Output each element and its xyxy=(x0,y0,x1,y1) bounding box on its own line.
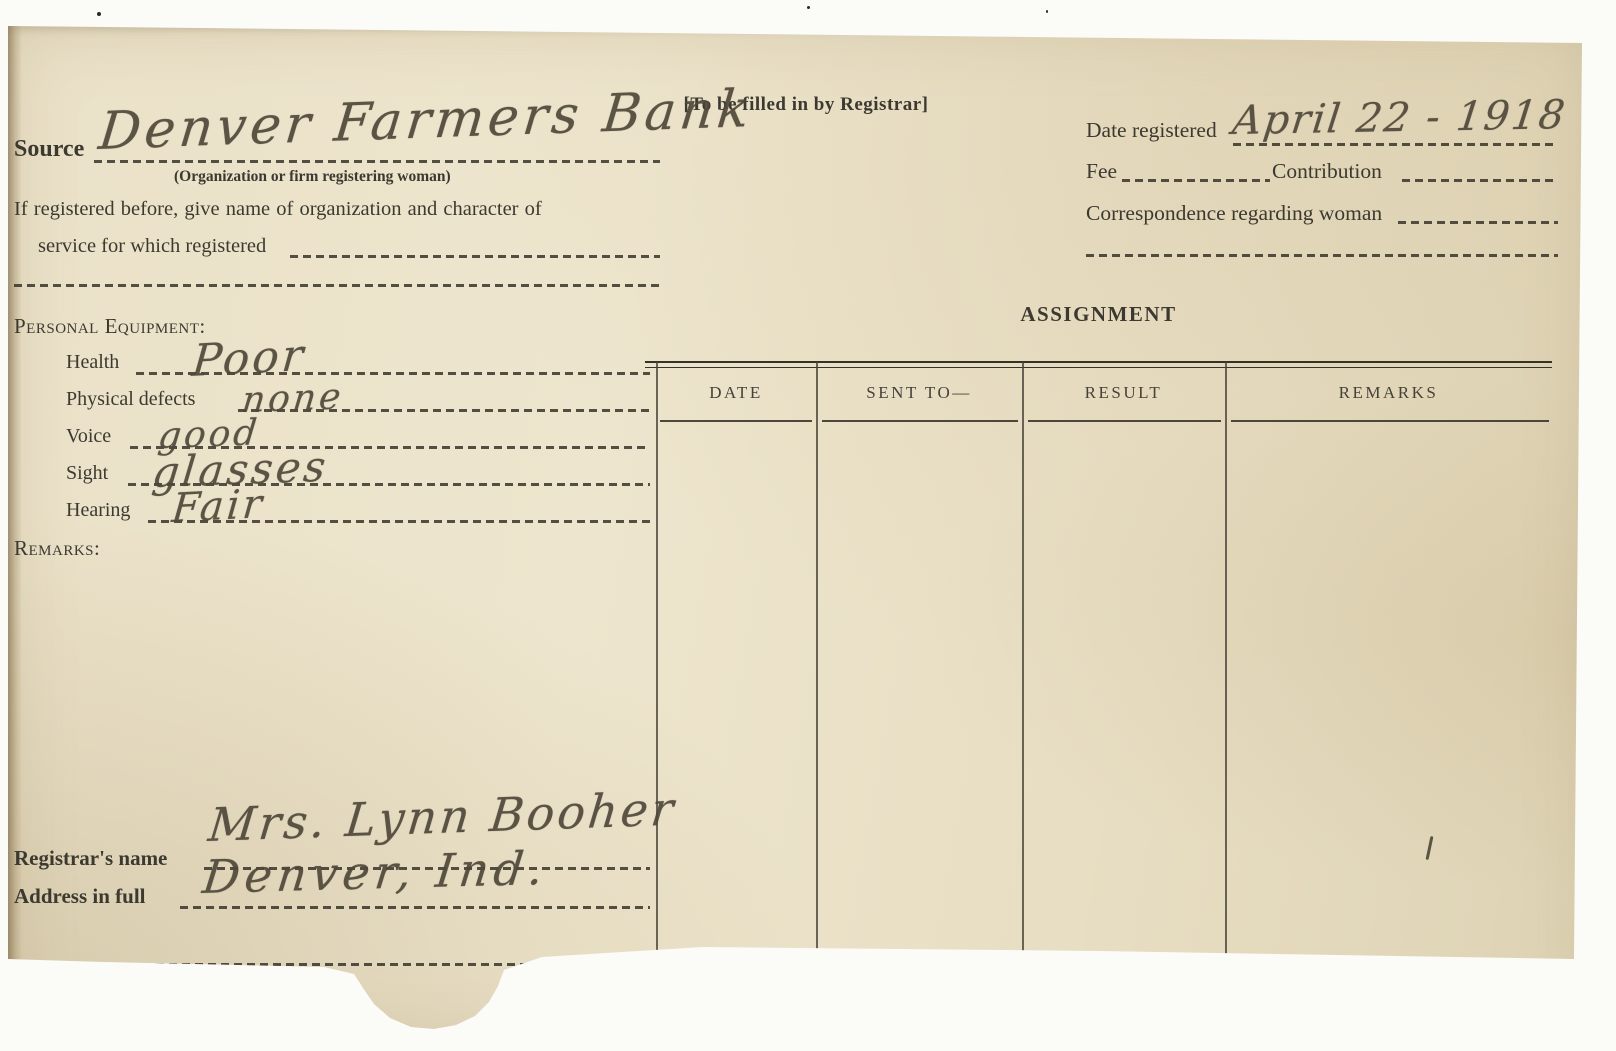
field-label-physical-defects: Physical defects xyxy=(66,388,195,411)
assignment-heading: ASSIGNMENT xyxy=(645,302,1552,327)
assignment-header-underline xyxy=(1028,420,1221,422)
correspondence-dashed-line xyxy=(1398,221,1558,224)
registered-before-dashed-line xyxy=(290,255,660,258)
address-label: Address in full xyxy=(14,884,146,909)
scan-speck xyxy=(1046,10,1048,13)
date-registered-label: Date registered xyxy=(1086,118,1217,143)
assignment-column-remarks: REMARKS xyxy=(1225,372,1552,414)
address-value: Denver, Ind. xyxy=(200,841,551,904)
assignment-column-sent-to: SENT TO— xyxy=(816,372,1022,414)
contribution-dashed-line xyxy=(1402,179,1558,182)
assignment-table-top-rule xyxy=(645,361,1552,368)
registered-before-line2: service for which registered xyxy=(38,235,266,258)
address-dashed-line xyxy=(180,906,650,909)
date-registered-dashed-line xyxy=(1233,143,1558,146)
fee-label: Fee xyxy=(1086,159,1117,184)
bottom-torn-dashed-line xyxy=(104,963,652,966)
assignment-column-date: DATE xyxy=(656,372,816,414)
source-sublabel: (Organization or firm registering woman) xyxy=(174,168,451,186)
source-dashed-line xyxy=(94,160,660,163)
registered-before-dashed-line2 xyxy=(14,284,660,287)
correspondence-dashed-line2 xyxy=(1086,254,1558,257)
scan-speck xyxy=(807,6,810,9)
scanned-registration-card-page: [To be filled in by Registrar] Source De… xyxy=(0,0,1616,1051)
field-value-hearing: Fair xyxy=(170,481,267,532)
fee-dashed-line xyxy=(1122,179,1270,182)
remarks-heading: Remarks: xyxy=(14,536,100,561)
stray-pencil-mark xyxy=(1426,836,1434,860)
correspondence-label: Correspondence regarding woman xyxy=(1086,201,1382,226)
assignment-header-underline xyxy=(1231,420,1549,422)
registrar-name-value: Mrs. Lynn Booher xyxy=(206,781,679,852)
assignment-header-underline xyxy=(660,420,812,422)
contribution-label: Contribution xyxy=(1272,159,1382,184)
assignment-table-column-rule xyxy=(656,362,658,959)
assignment-header-underline xyxy=(822,420,1018,422)
source-value: Denver Farmers Bank xyxy=(96,79,756,162)
field-label-voice: Voice xyxy=(66,425,111,448)
date-registered-value: April 22 - 1918 xyxy=(1230,92,1569,144)
assignment-column-result: RESULT xyxy=(1022,372,1225,414)
field-label-health: Health xyxy=(66,351,119,374)
assignment-table-column-rule xyxy=(1225,362,1227,959)
field-label-hearing: Hearing xyxy=(66,499,130,522)
scan-speck xyxy=(97,12,101,16)
personal-equipment-heading: Personal Equipment: xyxy=(14,314,206,339)
assignment-table-column-rule xyxy=(1022,362,1024,959)
field-label-sight: Sight xyxy=(66,462,108,485)
registrar-name-label: Registrar's name xyxy=(14,846,167,871)
registration-card: [To be filled in by Registrar] Source De… xyxy=(8,26,1592,1038)
registered-before-line1: If registered before, give name of organ… xyxy=(14,198,542,221)
source-label: Source xyxy=(14,136,84,163)
assignment-table-column-rule xyxy=(816,362,818,959)
